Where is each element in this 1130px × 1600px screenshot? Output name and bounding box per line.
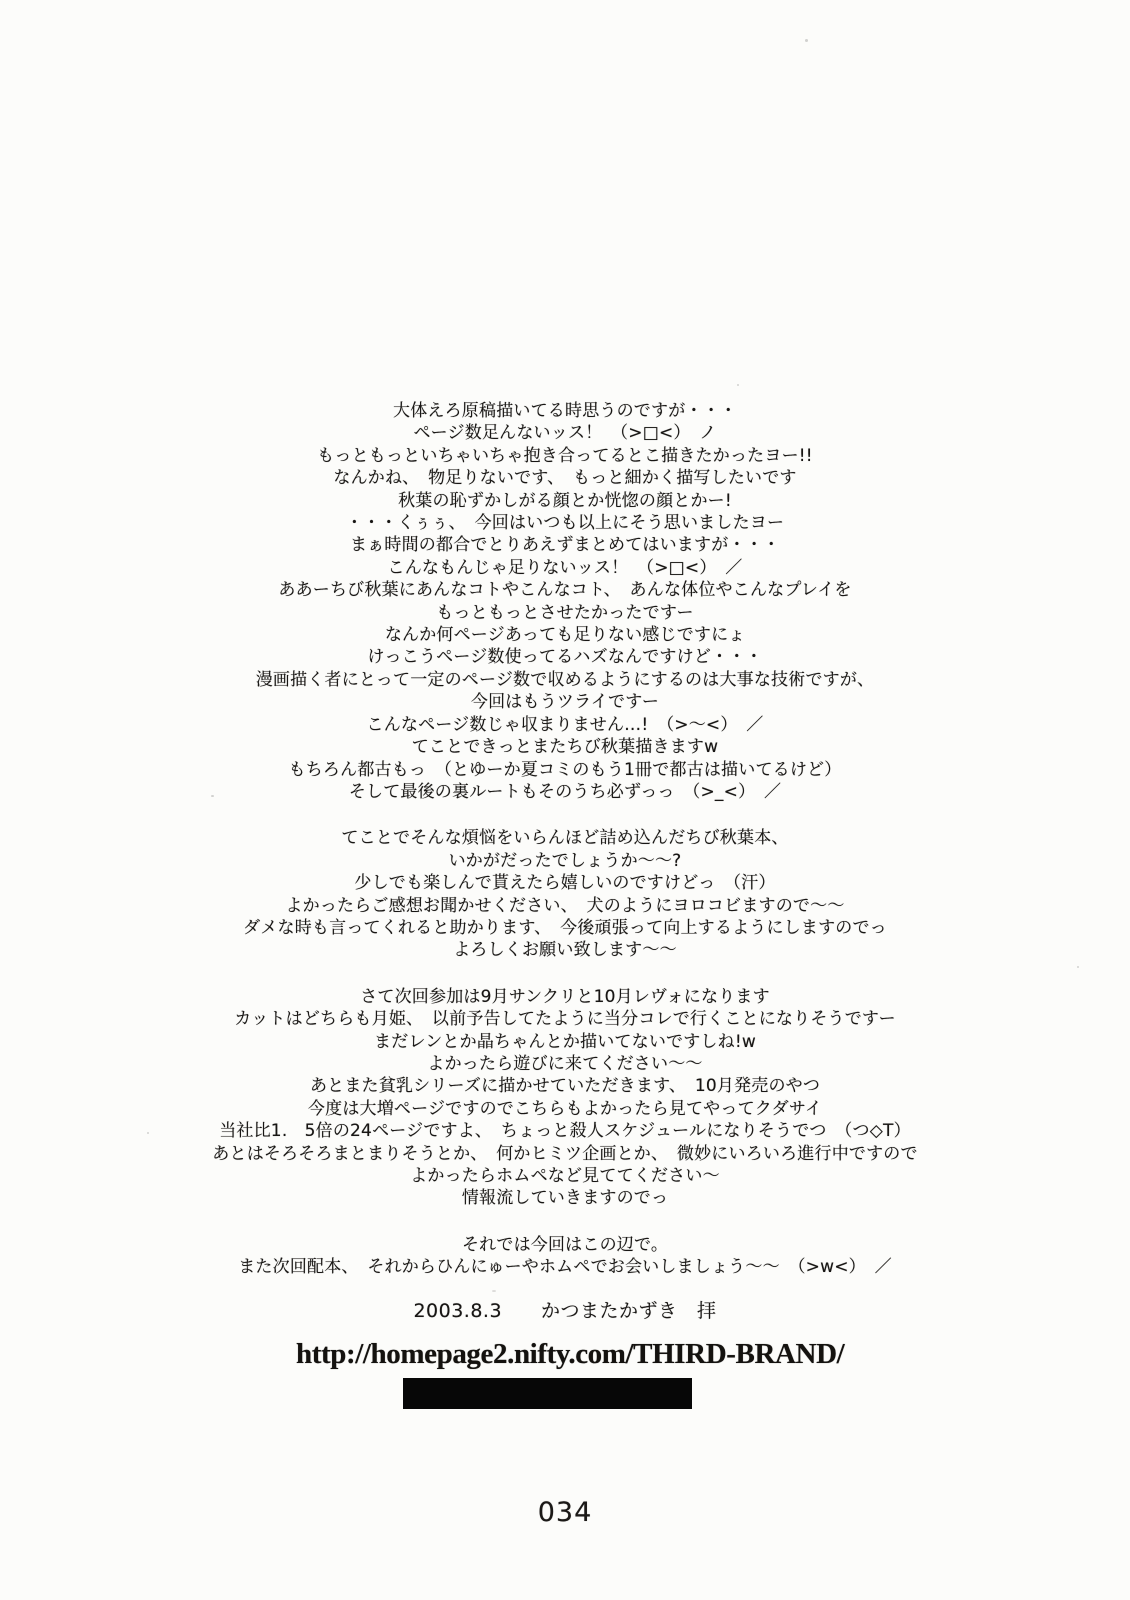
text-line: もちろん都古もっ （とゆーか夏コミのもう1冊で都古は描いてるけど） (0, 759, 1130, 781)
text-line: まぁ時間の都合でとりあえずまとめてはいますが・・・ (0, 534, 1130, 556)
text-line: カットはどちらも月姫、 以前予告してたように当分コレで行くことになりそうですー (0, 1008, 1130, 1030)
text-line: 少しでも楽しんで貰えたら嬉しいのですけどっ （汗） (0, 872, 1130, 894)
text-line: ダメな時も言ってくれると助かります、 今後頑張って向上するようにしますのでっ (0, 917, 1130, 939)
text-line: 秋葉の恥ずかしがる顔とか恍惚の顔とかー! (0, 490, 1130, 512)
text-line: まだレンとか晶ちゃんとか描いてないですしね!w (0, 1031, 1130, 1053)
paragraph-block-1: 大体えろ原稿描いてる時思うのですが・・・ページ数足んないッス！ （>□<） ノも… (0, 400, 1130, 803)
text-line: けっこうページ数使ってるハズなんですけど・・・ (0, 646, 1130, 668)
scan-speck (211, 795, 214, 797)
text-line: こんなもんじゃ足りないッス！ （>□<） ／ (0, 557, 1130, 579)
text-line: いかがだったでしょうか～～? (0, 850, 1130, 872)
scan-speck (147, 1132, 149, 1134)
text-line: 漫画描く者にとって一定のページ数で収めるようにするのは大事な技術ですが、 (0, 669, 1130, 691)
text-line: よかったら遊びに来てください～～ (0, 1053, 1130, 1075)
text-line: よかったらホムペなど見ててください～ (0, 1165, 1130, 1187)
text-line: 大体えろ原稿描いてる時思うのですが・・・ (0, 400, 1130, 422)
text-line: あとはそろそろまとまりそうとか、 何かヒミツ企画とか、 微妙にいろいろ進行中です… (0, 1143, 1130, 1165)
text-line: てことできっとまたちび秋葉描きますw (0, 736, 1130, 758)
paragraph-block-3: さて次回参加は9月サンクリと10月レヴォになりますカットはどちらも月姫、 以前予… (0, 986, 1130, 1210)
text-line: それでは今回はこの辺で。 (0, 1234, 1130, 1256)
homepage-url: http://homepage2.nifty.com/THIRD-BRAND/ (296, 1338, 844, 1371)
text-line: てことでそんな煩悩をいらんほど詰め込んだちび秋葉本、 (0, 827, 1130, 849)
signature-line: 2003.8.3 かつまたかずき 拝 (0, 1296, 1130, 1323)
text-line: もっともっといちゃいちゃ抱き合ってるとこ描きたかったヨー!! (0, 445, 1130, 467)
text-line: ・・・くぅぅ、 今回はいつも以上にそう思いましたヨー (0, 512, 1130, 534)
text-line: よかったらご感想お聞かせください、 犬のようにヨロコビますので～～ (0, 895, 1130, 917)
afterword-text: 大体えろ原稿描いてる時思うのですが・・・ページ数足んないッス！ （>□<） ノも… (0, 400, 1130, 1303)
text-line: こんなページ数じゃ収まりません…! （>～<） ／ (0, 714, 1130, 736)
paragraph-block-2: てことでそんな煩悩をいらんほど詰め込んだちび秋葉本、いかがだったでしょうか～～?… (0, 827, 1130, 961)
text-line: さて次回参加は9月サンクリと10月レヴォになります (0, 986, 1130, 1008)
text-line: あとまた貧乳シリーズに描かせていただきます、 10月発売のやつ (0, 1075, 1130, 1097)
text-line: 今回はもうツライですー (0, 691, 1130, 713)
text-line: また次回配本、 それからひんにゅーやホムペでお会いしましょう～～ （>w<） ／ (0, 1256, 1130, 1278)
paragraph-block-4: それでは今回はこの辺で。また次回配本、 それからひんにゅーやホムペでお会いしまし… (0, 1234, 1130, 1279)
text-line: ページ数足んないッス！ （>□<） ノ (0, 422, 1130, 444)
text-line: もっともっとさせたかったですー (0, 602, 1130, 624)
scanned-afterword-page: 大体えろ原稿描いてる時思うのですが・・・ページ数足んないッス！ （>□<） ノも… (0, 0, 1130, 1600)
text-line: そして最後の裏ルートもそのうち必ずっっ （>_<） ／ (0, 781, 1130, 803)
text-line: 今度は大増ページですのでこちらもよかったら見てやってクダサイ (0, 1098, 1130, 1120)
text-line: なんか何ページあっても足りない感じですにょ (0, 624, 1130, 646)
scan-speck (492, 1290, 496, 1292)
text-line: 情報流していきますのでっ (0, 1187, 1130, 1209)
scan-speck (805, 39, 808, 42)
redacted-email-bar (403, 1378, 692, 1409)
scan-speck (1077, 966, 1079, 968)
text-line: なんかね、 物足りないです、 もっと細かく描写したいです (0, 467, 1130, 489)
text-line: ああーちび秋葉にあんなコトやこんなコト、 あんな体位やこんなプレイを (0, 579, 1130, 601)
text-line: 当社比1. 5倍の24ページですよ、 ちょっと殺人スケジュールになりそうでつ （… (0, 1120, 1130, 1142)
scan-speck (737, 384, 739, 386)
text-line: よろしくお願い致します～～ (0, 939, 1130, 961)
page-number: 034 (0, 1497, 1130, 1528)
